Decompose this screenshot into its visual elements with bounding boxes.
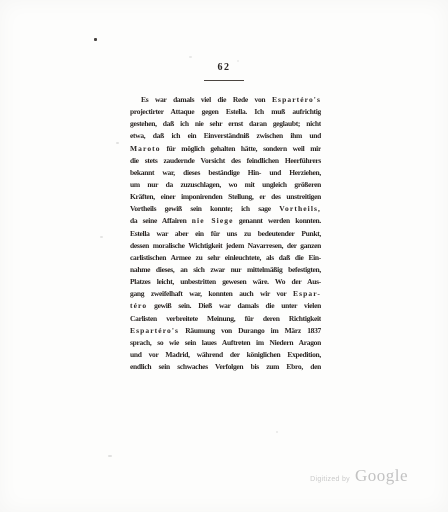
text-line: um nur da zuzuschlagen, wo mit ungleich … — [130, 179, 321, 191]
text-line: und vor Madrid, während der königlichen … — [130, 349, 321, 361]
digitized-by-label: Digitized by — [310, 476, 350, 483]
google-logo: Google — [355, 466, 408, 486]
text-line: gestehen, daß ich nie sehr ernst daran g… — [130, 118, 321, 130]
text-line: da seine Affairen nie Siege genannt werd… — [130, 215, 321, 227]
scanned-book-page: 62 Es war damals viel die Rede von Espar… — [0, 0, 448, 512]
letterspaced-text: Maroto — [130, 144, 161, 153]
text-segment: gewiß sein. Dieß war damals die unter vi… — [147, 301, 321, 310]
text-line: sprach, so wie sein laues Auftreten im N… — [130, 337, 321, 349]
text-line: nahme dieses, an sich zwar nur mittelmäß… — [130, 264, 321, 276]
text-line: Carlisten verbreitete Meinung, für deren… — [130, 313, 321, 325]
text-line: dessen moralische Wichtigkeit jedem Nava… — [130, 240, 321, 252]
text-line: carlistischen Armee zu sehr einleuchtete… — [130, 252, 321, 264]
text-line: bekannt war, dieses beständige Hin- und … — [130, 167, 321, 179]
scan-speck — [189, 56, 192, 58]
letterspaced-text: nie Siege — [192, 216, 234, 225]
text-line: Maroto für möglich gehalten hätte, sonde… — [130, 143, 321, 155]
text-line: projectirter Attaque gegen Estella. Ich … — [130, 106, 321, 118]
scan-speck — [100, 236, 103, 238]
text-line: Es war damals viel die Rede von Espartér… — [130, 94, 321, 106]
text-segment: gestehen, daß ich nie sehr ernst daran g… — [130, 119, 321, 128]
text-line: etwa, daß ich ein Einverständniß zwische… — [130, 130, 321, 142]
page-number: 62 — [0, 62, 448, 73]
body-text-paragraph: Es war damals viel die Rede von Espartér… — [130, 94, 321, 373]
header-rule — [204, 80, 244, 81]
text-segment: Carlisten verbreitete Meinung, für deren… — [130, 314, 321, 323]
text-line: Espartéro's Räumung von Durango im März … — [130, 325, 321, 337]
text-segment: die stets zaudernde Vorsicht des feindli… — [130, 156, 321, 165]
text-segment: Vortheils gewiß sein konnte; ich sage — [130, 204, 279, 213]
text-line: Vortheils gewiß sein konnte; ich sage Vo… — [130, 203, 321, 215]
letterspaced-text: téro — [130, 301, 147, 310]
scan-speck — [94, 38, 97, 41]
text-line: gang zweifelhaft war, konnten auch wir v… — [130, 288, 321, 300]
text-segment: gang zweifelhaft war, konnten auch wir v… — [130, 289, 293, 298]
text-segment: bekannt war, dieses beständige Hin- und … — [130, 168, 321, 177]
scan-speck — [276, 431, 278, 433]
text-line: Estella war aber ein für uns zu bedeuten… — [130, 228, 321, 240]
letterspaced-text: Espartéro's — [130, 326, 179, 335]
text-segment: Es war damals viel die Rede von — [141, 95, 272, 104]
text-segment: dessen moralische Wichtigkeit jedem Nava… — [130, 241, 321, 250]
text-segment: Kräften, einer imponirenden Stellung, er… — [130, 192, 321, 201]
letterspaced-text: Vortheils, — [279, 204, 321, 213]
text-segment: genannt werden konnten. — [234, 216, 321, 225]
text-segment: Platzes leicht, unbestritten gewesen wär… — [130, 277, 321, 286]
text-segment: da seine Affairen — [130, 216, 192, 225]
text-segment: für möglich gehalten hätte, sondern weil… — [161, 144, 321, 153]
text-segment: und vor Madrid, während der königlichen … — [130, 350, 321, 359]
text-line: Platzes leicht, unbestritten gewesen wär… — [130, 276, 321, 288]
text-segment: carlistischen Armee zu sehr einleuchtete… — [130, 253, 321, 262]
text-line: Kräften, einer imponirenden Stellung, er… — [130, 191, 321, 203]
letterspaced-text: Espartéro's — [272, 95, 321, 104]
scan-speck — [116, 142, 119, 144]
text-segment: um nur da zuzuschlagen, wo mit ungleich … — [130, 180, 321, 189]
text-segment: projectirter Attaque gegen Estella. Ich … — [130, 107, 321, 116]
text-segment: etwa, daß ich ein Einverständniß zwische… — [130, 131, 321, 140]
text-segment: nahme dieses, an sich zwar nur mittelmäß… — [130, 265, 321, 274]
letterspaced-text: Espar- — [293, 289, 321, 298]
text-line: die stets zaudernde Vorsicht des feindli… — [130, 155, 321, 167]
scan-speck — [108, 455, 112, 457]
text-line: endlich sein schwaches Verfolgen bis zum… — [130, 361, 321, 373]
google-watermark: Digitized by Google — [310, 466, 408, 486]
text-segment: Estella war aber ein für uns zu bedeuten… — [130, 229, 321, 238]
text-segment: sprach, so wie sein laues Auftreten im N… — [130, 338, 321, 347]
text-segment: Räumung von Durango im März 1837 — [179, 326, 321, 335]
text-line: téro gewiß sein. Dieß war damals die unt… — [130, 300, 321, 312]
text-segment: endlich sein schwaches Verfolgen bis zum… — [130, 362, 321, 371]
